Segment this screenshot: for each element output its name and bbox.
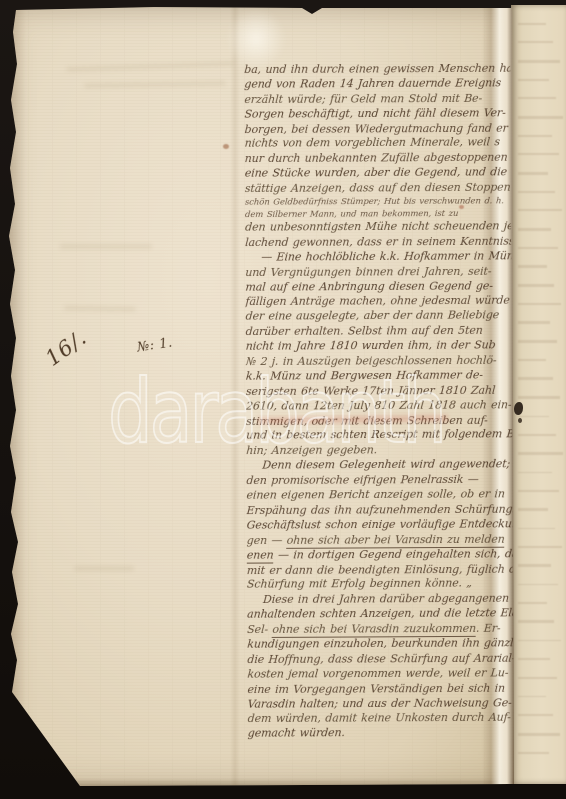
- bleedthrough-row: [518, 23, 546, 25]
- second-page-bleedthrough: [511, 23, 566, 754]
- bleedthrough-row: [518, 321, 550, 323]
- manuscript-line: erzählt würde; für Geld man Stold mit Be…: [244, 91, 511, 107]
- stain-light-patch: [226, 8, 286, 70]
- manuscript-line: „einen eigenen Bericht anzeigen solle, o…: [246, 487, 513, 503]
- bleedthrough-row: [518, 714, 553, 716]
- manuscript-line: anhaltenden schten Anzeigen, und die let…: [246, 606, 513, 622]
- bleedthrough-row: [518, 696, 546, 698]
- bleedthrough-row: [518, 172, 548, 175]
- manuscript-text-column: ba, und ihn durch einen gewissen Mensche…: [244, 61, 514, 752]
- margin-note-folio: 16/.: [41, 325, 91, 371]
- bleedthrough-row: [518, 658, 550, 660]
- underlined-phrase: enen: [246, 548, 274, 563]
- manuscript-line: die Hoffnung, dass diese Schürfung auf A…: [247, 652, 514, 668]
- manuscript-line: kosten jemal vorgenommen werde, weil er …: [247, 666, 514, 682]
- manuscript-line: Sorgen beschäftigt, und nicht fähl diese…: [244, 106, 511, 122]
- manuscript-line: „Erspähung das ihn aufzunehmenden Schürf…: [246, 503, 513, 519]
- manuscript-line: gend von Raden 14 Jahren dauernde Ereign…: [244, 76, 511, 92]
- bleedthrough-row: [518, 528, 555, 530]
- manuscript-line: Schürfung mit Erfolg beginnen könne. „: [246, 577, 513, 593]
- manuscript-line: mal auf eine Anbringung diesen Gegend ge…: [245, 279, 512, 295]
- stain-spot: [223, 144, 229, 149]
- bleedthrough-row: [518, 377, 553, 379]
- bleedthrough-row: [518, 602, 547, 604]
- bleedthrough-row: [518, 733, 560, 736]
- manuscript-line: — Eine hochlöbliche k.k. Hofkammer in Mü…: [245, 249, 512, 265]
- manuscript-line: den unbesonntigsten Mühe nicht scheuende…: [244, 219, 511, 235]
- ghost-line: [84, 81, 226, 88]
- manuscript-line: schön Geldbedürfniss Stümper; Hut bis ve…: [244, 195, 511, 208]
- bleedthrough-row: [518, 359, 546, 361]
- torn-left-edge-shade: [4, 6, 26, 788]
- manuscript-line: nicht im Jahre 1810 wurden ihm, in der S…: [245, 338, 512, 354]
- bleedthrough-row: [518, 340, 557, 343]
- bleedthrough-row: [518, 434, 556, 436]
- bleedthrough-row: [518, 752, 549, 754]
- bleedthrough-row: [518, 396, 560, 399]
- margin-note-item-number: №: 1.: [136, 336, 173, 356]
- manuscript-line: der eine ausgelegte, aber der dann Belie…: [245, 309, 512, 325]
- bleedthrough-row: [518, 135, 552, 137]
- manuscript-line: und in bestem schten Rescript mit folgen…: [246, 428, 513, 444]
- bleedthrough-row: [518, 79, 549, 81]
- bottom-edge-shade: [4, 778, 514, 788]
- underlined-phrase: ohne sich bei Varasdin zuzukommen: [272, 622, 477, 638]
- bleedthrough-row: [518, 546, 562, 548]
- bleedthrough-row: [518, 247, 558, 249]
- manuscript-line: eine im Vorgegangen Verständigen bei sic…: [247, 681, 514, 697]
- ghost-line: [66, 61, 234, 72]
- photo-background: 16/. №: 1. ba, und ihn durch einen gewis…: [0, 0, 566, 799]
- bleedthrough-row: [518, 41, 553, 43]
- bleedthrough-row: [518, 472, 552, 474]
- ghost-line: [60, 244, 152, 249]
- bleedthrough-row: [518, 191, 555, 193]
- manuscript-line: „Denn diesem Gelegenheit wird angewendet…: [246, 458, 513, 474]
- manuscript-line: serigsten 6te Werke 17ten Jänner 1810 Za…: [245, 384, 512, 400]
- bleedthrough-row: [518, 640, 561, 642]
- bleedthrough-row: [518, 564, 551, 567]
- fold-crease: [230, 6, 240, 788]
- manuscript-line: eine Stücke wurden, aber die Gegend, und…: [244, 166, 511, 182]
- second-page-edge: [511, 5, 566, 784]
- manuscript-line: kundigungen einzuholen, beurkunden ihn g…: [247, 636, 514, 652]
- bleedthrough-row: [518, 508, 548, 511]
- ink-blot: [518, 418, 522, 423]
- bleedthrough-row: [518, 452, 563, 455]
- manuscript-line: 2610, dann 12ten July 810 Zahl 1818 auch…: [245, 398, 512, 414]
- bleedthrough-row: [518, 228, 551, 231]
- manuscript-line: und Vergnügungen binnen drei Jahren, sei…: [245, 264, 512, 280]
- bleedthrough-row: [518, 490, 559, 492]
- manuscript-line: „gen — ohne sich aber bei Varasdin zu me…: [246, 532, 513, 548]
- manuscript-line: k.k. Münz und Bergwesen Hofkammer de-: [245, 368, 512, 384]
- bleedthrough-row: [518, 97, 556, 99]
- ghost-line: [74, 566, 134, 571]
- bleedthrough-row: [518, 209, 562, 211]
- manuscript-line: Varasdin halten; und aus der Nachweisung…: [247, 696, 514, 712]
- manuscript-line: lachend gewonnen, dass er in seinem Kenn…: [245, 235, 512, 251]
- ghost-line: [64, 305, 136, 311]
- manuscript-line: nichts von dem vorgeblichen Minerale, we…: [244, 136, 511, 152]
- bleedthrough-row: [518, 677, 557, 680]
- manuscript-line: „Geschäftslust schon einige vorläufige E…: [246, 517, 513, 533]
- manuscript-line: „enen — in dortigen Gegend eingehalten s…: [246, 547, 513, 563]
- bleedthrough-row: [518, 303, 561, 305]
- bleedthrough-row: [518, 60, 560, 63]
- bleedthrough-row: [518, 416, 549, 418]
- bleedthrough-row: [518, 284, 554, 287]
- bleedthrough-row: [518, 116, 563, 119]
- bleedthrough-row: [518, 584, 558, 586]
- bleedthrough-row: [518, 265, 547, 267]
- underlined-phrase: ohne sich aber bei Varasdin zu melden: [286, 532, 505, 548]
- manuscript-line: gemacht würden.: [247, 726, 514, 742]
- bleedthrough-row: [518, 620, 554, 623]
- bleedthrough-row: [518, 153, 559, 155]
